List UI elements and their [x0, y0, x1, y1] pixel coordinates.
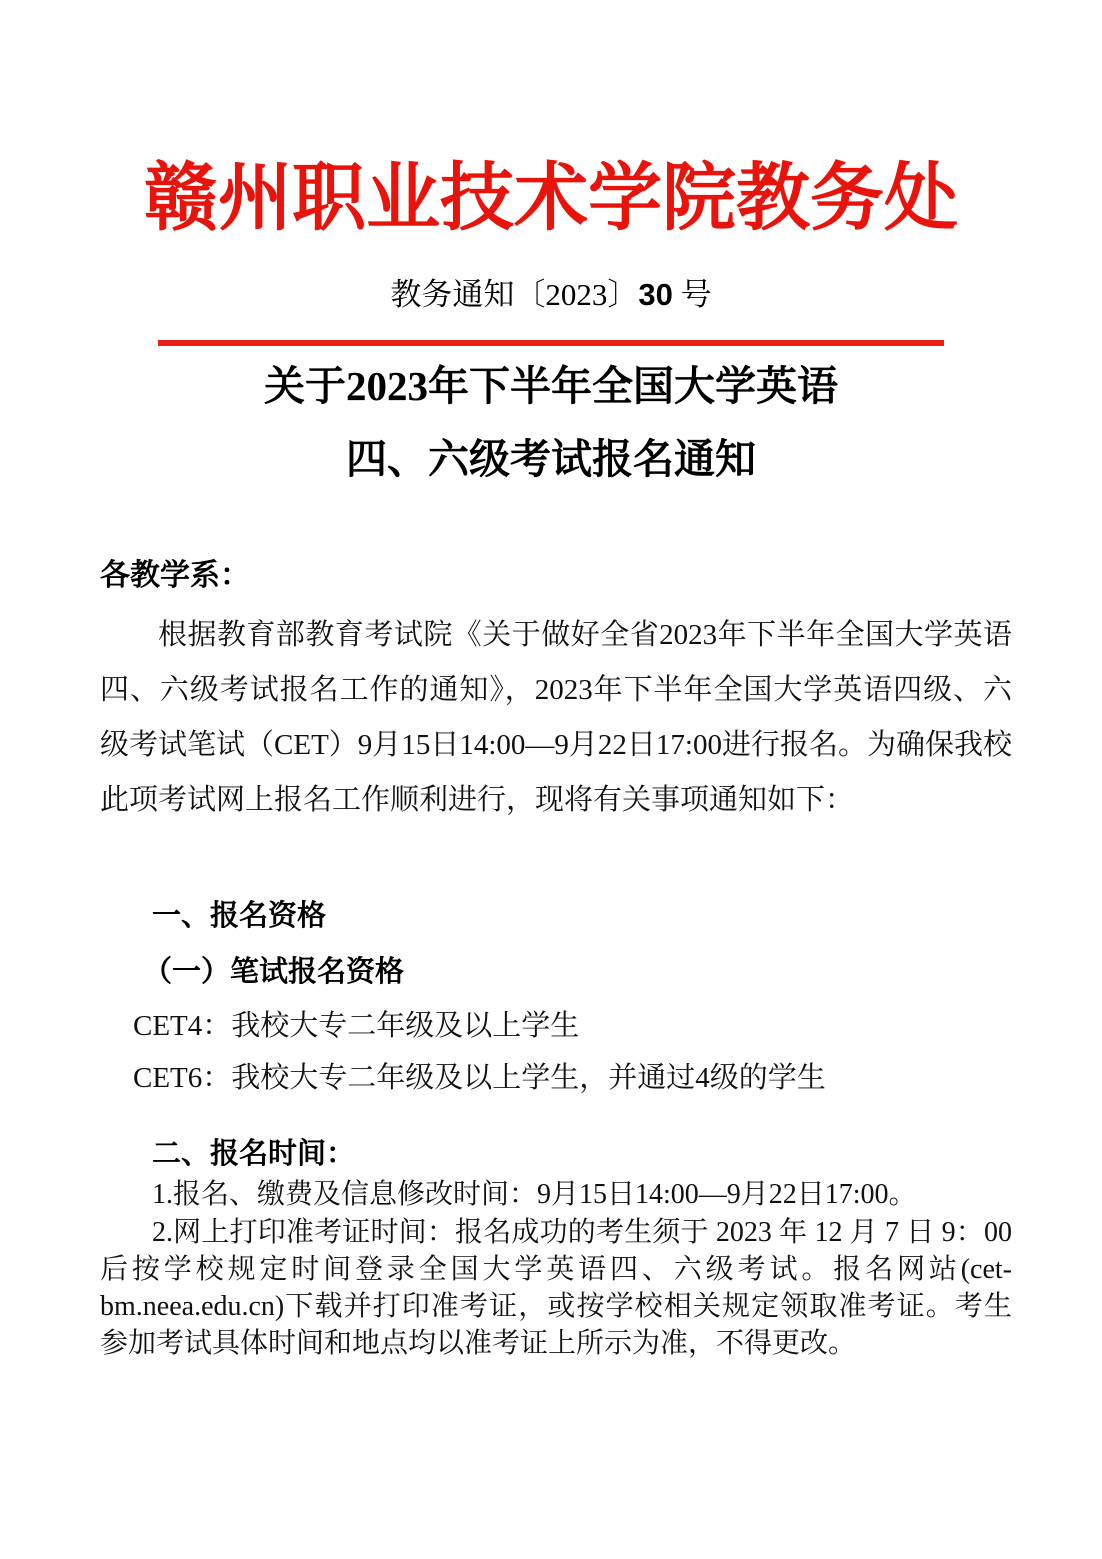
- admission-ticket-item: 2.网上打印准考证时间：报名成功的考生须于 2023 年 12 月 7 日 9：…: [100, 1214, 1012, 1362]
- document-title-line-1: 关于2023年下半年全国大学英语: [0, 350, 1102, 423]
- intro-paragraph: 根据教育部教育考试院《关于做好全省2023年下半年全国大学英语四、六级考试报名工…: [100, 608, 1012, 828]
- document-title-line-2: 四、六级考试报名通知: [0, 423, 1102, 496]
- letterhead: 赣州职业技术学院教务处 教务通知〔2023〕30 号: [0, 0, 1102, 346]
- doc-number-suffix: 号: [673, 277, 712, 312]
- red-divider-rule: [158, 340, 944, 346]
- section-1-subheading: （一）笔试报名资格: [143, 952, 1012, 992]
- doc-number-value: 30: [638, 277, 672, 312]
- cet4-eligibility-line: CET4：我校大专二年级及以上学生: [133, 1006, 1012, 1046]
- document-title: 关于2023年下半年全国大学英语 四、六级考试报名通知: [0, 350, 1102, 496]
- document-page: 赣州职业技术学院教务处 教务通知〔2023〕30 号 关于2023年下半年全国大…: [0, 0, 1102, 1559]
- section-2-heading: 二、报名时间：: [152, 1134, 1012, 1174]
- registration-time-item: 1.报名、缴费及信息修改时间：9月15日14:00—9月22日17:00。: [100, 1176, 1012, 1214]
- document-body: 各教学系： 根据教育部教育考试院《关于做好全省2023年下半年全国大学英语四、六…: [0, 556, 1102, 1362]
- section-registration-time: 二、报名时间： 1.报名、缴费及信息修改时间：9月15日14:00—9月22日1…: [100, 1134, 1012, 1362]
- letterhead-title: 赣州职业技术学院教务处: [0, 0, 1102, 247]
- doc-number-prefix: 教务通知〔2023〕: [390, 277, 638, 312]
- salutation: 各教学系：: [100, 556, 1012, 596]
- section-1-heading: 一、报名资格: [152, 896, 1012, 936]
- cet6-eligibility-line: CET6：我校大专二年级及以上学生，并通过4级的学生: [133, 1058, 1012, 1098]
- section-registration-eligibility: 一、报名资格 （一）笔试报名资格 CET4：我校大专二年级及以上学生 CET6：…: [100, 896, 1012, 1098]
- doc-number: 教务通知〔2023〕30 号: [0, 275, 1102, 315]
